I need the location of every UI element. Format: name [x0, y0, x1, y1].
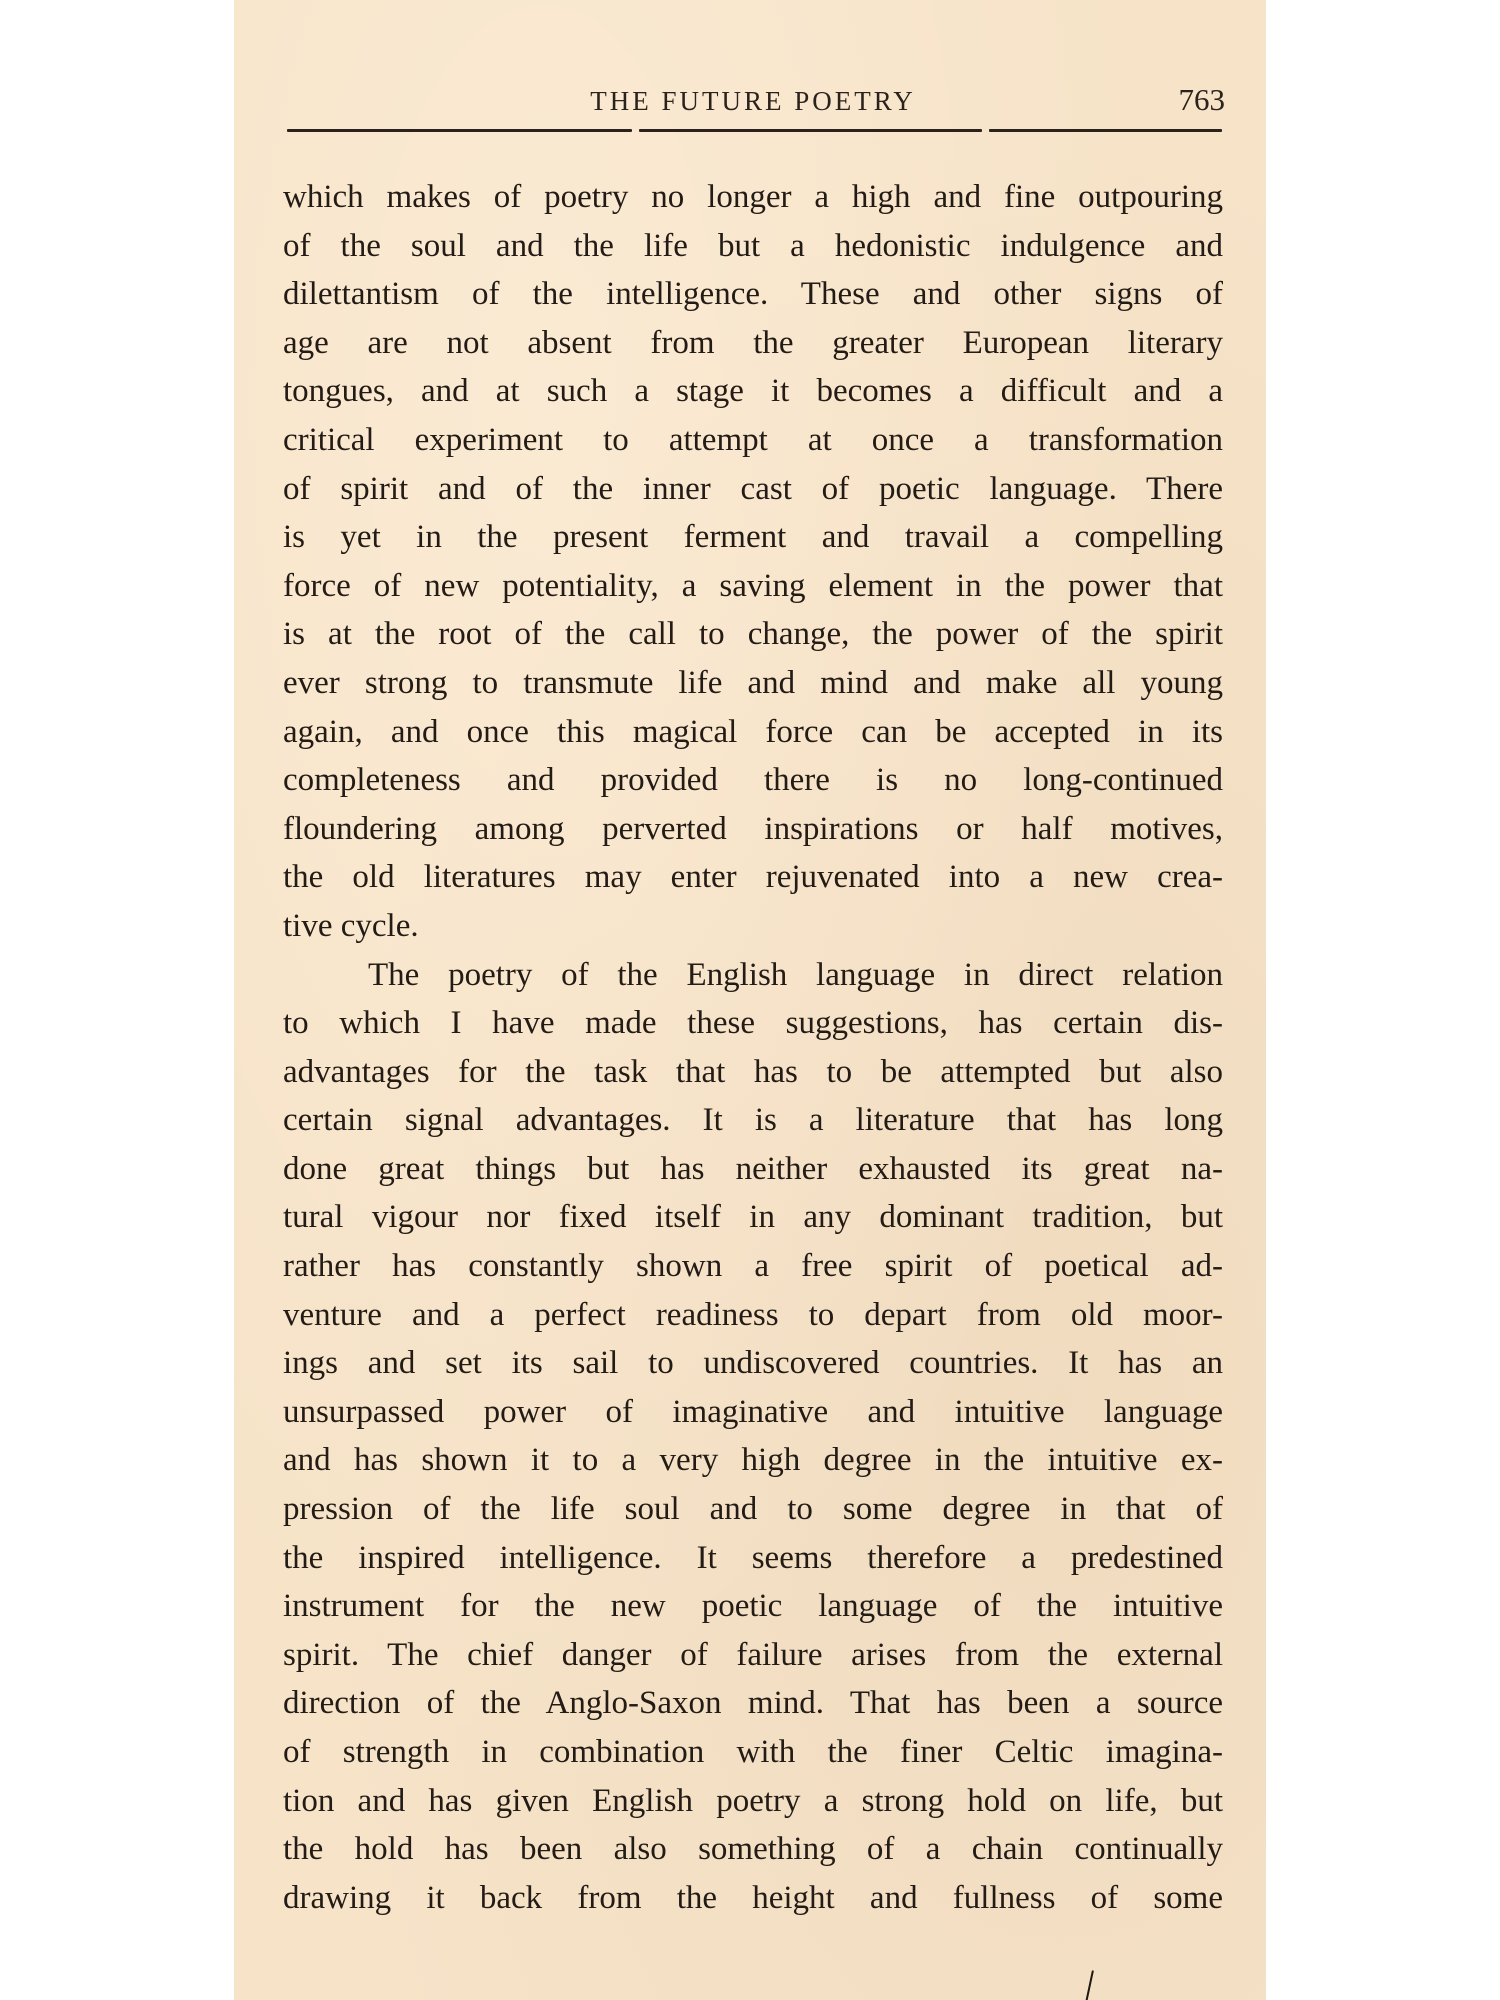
text-line: rather has constantly shown a free spiri…	[283, 1242, 1223, 1291]
running-title: THE FUTURE POETRY	[283, 86, 1223, 117]
text-line: is at the root of the call to change, th…	[283, 610, 1223, 659]
text-line: venture and a perfect readiness to depar…	[283, 1291, 1223, 1340]
text-line: and has shown it to a very high degree i…	[283, 1436, 1223, 1485]
text-line: of the soul and the life but a hedonisti…	[283, 222, 1223, 271]
text-line: ings and set its sail to undiscovered co…	[283, 1339, 1223, 1388]
text-line: of spirit and of the inner cast of poeti…	[283, 465, 1223, 514]
text-line: critical experiment to attempt at once a…	[283, 416, 1223, 465]
text-line: direction of the Anglo-Saxon mind. That …	[283, 1679, 1223, 1728]
paragraph: The poetry of the English language in di…	[283, 951, 1223, 1923]
text-line: dilettantism of the intelligence. These …	[283, 270, 1223, 319]
text-line: force of new potentiality, a saving elem…	[283, 562, 1223, 611]
text-line: pression of the life soul and to some de…	[283, 1485, 1223, 1534]
text-line: advantages for the task that has to be a…	[283, 1048, 1223, 1097]
text-line: of strength in combination with the fine…	[283, 1728, 1223, 1777]
text-line: done great things but has neither exhaus…	[283, 1145, 1223, 1194]
body-text: which makes of poetry no longer a high a…	[283, 173, 1223, 1922]
text-line: unsurpassed power of imaginative and int…	[283, 1388, 1223, 1437]
page-number: 763	[1179, 82, 1226, 118]
header-rule	[287, 129, 1222, 133]
text-line: instrument for the new poetic language o…	[283, 1582, 1223, 1631]
text-line: tive cycle.	[283, 902, 1223, 951]
text-line: floundering among perverted inspirations…	[283, 805, 1223, 854]
text-line: completeness and provided there is no lo…	[283, 756, 1223, 805]
text-line: certain signal advantages. It is a liter…	[283, 1096, 1223, 1145]
rule-segment	[287, 129, 632, 132]
text-line: The poetry of the English language in di…	[283, 951, 1223, 1000]
text-line: ever strong to transmute life and mind a…	[283, 659, 1223, 708]
text-line: tural vigour nor fixed itself in any dom…	[283, 1193, 1223, 1242]
text-line: to which I have made these suggestions, …	[283, 999, 1223, 1048]
running-head: THE FUTURE POETRY 763	[283, 86, 1223, 126]
rule-segment	[639, 129, 982, 132]
rule-segment	[989, 129, 1222, 132]
text-line: is yet in the present ferment and travai…	[283, 513, 1223, 562]
text-line: age are not absent from the greater Euro…	[283, 319, 1223, 368]
text-line: which makes of poetry no longer a high a…	[283, 173, 1223, 222]
text-line: the inspired intelligence. It seems ther…	[283, 1534, 1223, 1583]
paragraph: which makes of poetry no longer a high a…	[283, 173, 1223, 951]
text-line: the hold has been also something of a ch…	[283, 1825, 1223, 1874]
text-line: drawing it back from the height and full…	[283, 1874, 1223, 1923]
text-line: the old literatures may enter rejuvenate…	[283, 853, 1223, 902]
text-line: again, and once this magical force can b…	[283, 708, 1223, 757]
text-line: tion and has given English poetry a stro…	[283, 1777, 1223, 1826]
text-line: tongues, and at such a stage it becomes …	[283, 367, 1223, 416]
text-line: spirit. The chief danger of failure aris…	[283, 1631, 1223, 1680]
